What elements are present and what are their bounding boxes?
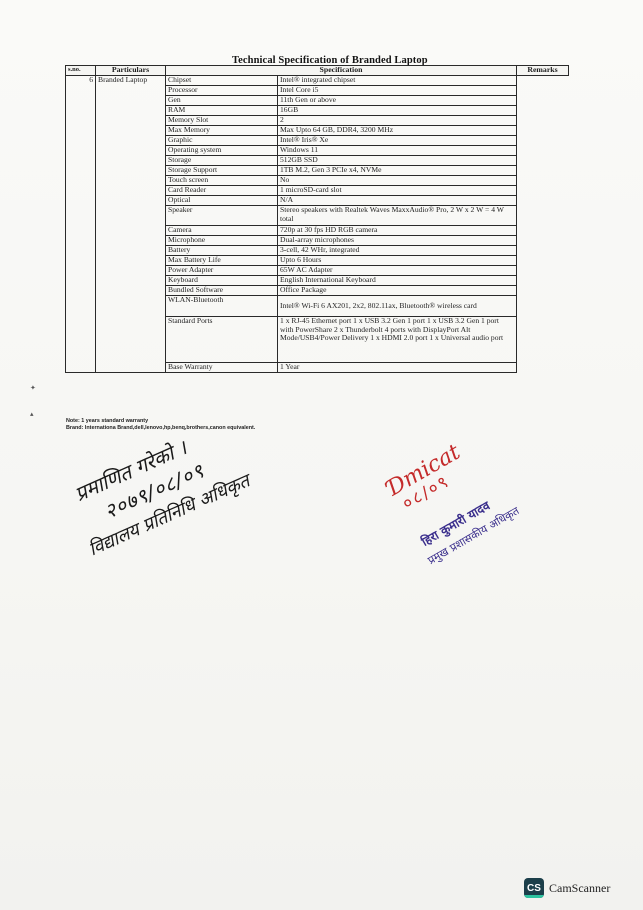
official-signature-block: Ɗmicat ०८/०९ हिरा कुमारी यादव प्रमुख प्र… bbox=[380, 420, 580, 570]
header-sno: s.no. bbox=[66, 66, 96, 76]
cell-parameter: Battery bbox=[166, 246, 278, 256]
specification-body: 6Branded LaptopChipsetIntel® integrated … bbox=[66, 76, 569, 373]
cell-sno: 6 bbox=[66, 76, 96, 373]
table-row: 6Branded LaptopChipsetIntel® integrated … bbox=[66, 76, 569, 86]
cell-value: English International Keyboard bbox=[278, 276, 517, 286]
cell-value: Dual-array microphones bbox=[278, 236, 517, 246]
cell-parameter: Card Reader bbox=[166, 186, 278, 196]
cell-parameter: Operating system bbox=[166, 146, 278, 156]
cell-value: 11th Gen or above bbox=[278, 96, 517, 106]
header-remarks: Remarks bbox=[517, 66, 569, 76]
cell-parameter: Bundled Software bbox=[166, 286, 278, 296]
cell-value: Intel® Wi-Fi 6 AX201, 2x2, 802.11ax, Blu… bbox=[278, 296, 517, 317]
header-specification: Specification bbox=[166, 66, 517, 76]
cell-value: N/A bbox=[278, 196, 517, 206]
cell-parameter: Graphic bbox=[166, 136, 278, 146]
cell-parameter: Microphone bbox=[166, 236, 278, 246]
cell-value: 512GB SSD bbox=[278, 156, 517, 166]
cell-parameter: Storage bbox=[166, 156, 278, 166]
cell-value: Upto 6 Hours bbox=[278, 256, 517, 266]
cell-parameter: Processor bbox=[166, 86, 278, 96]
cell-value: Max Upto 64 GB, DDR4, 3200 MHz bbox=[278, 126, 517, 136]
cell-remarks bbox=[517, 76, 569, 373]
cell-value: 1 x RJ-45 Ethernet port 1 x USB 3.2 Gen … bbox=[278, 317, 517, 363]
cell-parameter: Max Memory bbox=[166, 126, 278, 136]
camscanner-watermark: CS CamScanner bbox=[524, 877, 610, 899]
cell-value: 16GB bbox=[278, 106, 517, 116]
cell-value: 1 Year bbox=[278, 363, 517, 373]
cell-parameter: Power Adapter bbox=[166, 266, 278, 276]
cell-parameter: Standard Ports bbox=[166, 317, 278, 363]
cell-parameter: Memory Slot bbox=[166, 116, 278, 126]
specification-table: s.no. Particulars Specification Remarks … bbox=[65, 65, 569, 373]
cell-value: Windows 11 bbox=[278, 146, 517, 156]
cell-value: 65W AC Adapter bbox=[278, 266, 517, 276]
cell-parameter: WLAN-Bluetooth bbox=[166, 296, 278, 317]
cell-particulars: Branded Laptop bbox=[96, 76, 166, 373]
cell-value: Intel® integrated chipset bbox=[278, 76, 517, 86]
punch-mark: ▴ bbox=[30, 410, 34, 418]
cell-parameter: Chipset bbox=[166, 76, 278, 86]
camscanner-logo-icon: CS bbox=[524, 878, 544, 898]
cell-value: No bbox=[278, 176, 517, 186]
table-header-row: s.no. Particulars Specification Remarks bbox=[66, 66, 569, 76]
cell-parameter: RAM bbox=[166, 106, 278, 116]
handwritten-attestation: प्रमाणित गरेको । २०७९/०८/०९ विद्यालय प्र… bbox=[58, 353, 347, 592]
cell-parameter: Optical bbox=[166, 196, 278, 206]
punch-mark: ✦ bbox=[30, 384, 36, 392]
cell-value: 2 bbox=[278, 116, 517, 126]
cell-value: Office Package bbox=[278, 286, 517, 296]
cell-parameter: Storage Support bbox=[166, 166, 278, 176]
cell-value: 720p at 30 fps HD RGB camera bbox=[278, 226, 517, 236]
header-particulars: Particulars bbox=[96, 66, 166, 76]
cell-value: 3-cell, 42 WHr, integrated bbox=[278, 246, 517, 256]
scanned-page: Technical Specification of Branded Lapto… bbox=[0, 0, 643, 910]
cell-value: 1TB M.2, Gen 3 PCIe x4, NVMe bbox=[278, 166, 517, 176]
cell-value: Stereo speakers with Realtek Waves MaxxA… bbox=[278, 206, 517, 226]
cell-value: Intel Core i5 bbox=[278, 86, 517, 96]
cell-parameter: Touch screen bbox=[166, 176, 278, 186]
cell-parameter: Speaker bbox=[166, 206, 278, 226]
cell-parameter: Gen bbox=[166, 96, 278, 106]
camscanner-text: CamScanner bbox=[549, 881, 610, 896]
cell-value: Intel® Iris® Xe bbox=[278, 136, 517, 146]
cell-parameter: Camera bbox=[166, 226, 278, 236]
cell-value: 1 microSD-card slot bbox=[278, 186, 517, 196]
cell-parameter: Keyboard bbox=[166, 276, 278, 286]
cell-parameter: Max Battery Life bbox=[166, 256, 278, 266]
